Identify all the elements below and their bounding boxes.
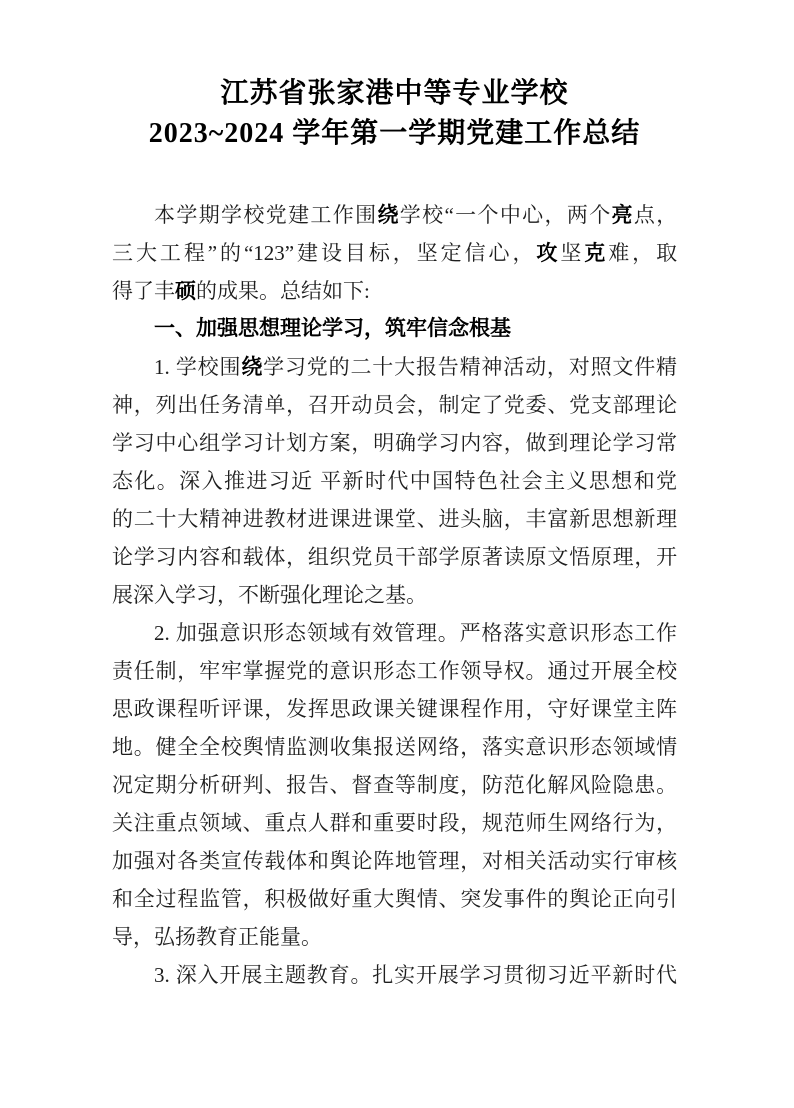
- text-line: 神，列出任务清单，召开动员会，制定了党委、党支部理论: [112, 386, 677, 424]
- text-line: 展深入学习，不断强化理论之基。: [112, 576, 677, 614]
- intro-paragraph: 本学期学校党建工作围绕学校“一个中心，两个亮点，三大工程”的“123”建设目标，…: [112, 196, 677, 310]
- text-line: 加强对各类宣传载体和舆论阵地管理，对相关活动实行审核: [112, 842, 677, 880]
- section-1-heading: 一、加强思想理论学习，筑牢信念根基: [112, 310, 677, 348]
- text-line: 的二十大精神进教材进课进课堂、进头脑，丰富新思想新理: [112, 500, 677, 538]
- document-page: 江苏省张家港中等专业学校 2023~2024 学年第一学期党建工作总结 本学期学…: [0, 0, 794, 1108]
- text-line: 关注重点领域、重点人群和重要时段，规范师生网络行为，: [112, 804, 677, 842]
- text-line: 论学习内容和载体，组织党员干部学原著读原文悟原理，开: [112, 538, 677, 576]
- hei-substituted-char: 硕: [175, 280, 196, 303]
- text-line: 本学期学校党建工作围绕学校“一个中心，两个亮点，: [112, 196, 677, 234]
- text-line: 1. 学校围绕学习党的二十大报告精神活动，对照文件精: [112, 348, 677, 386]
- document-body: 本学期学校党建工作围绕学校“一个中心，两个亮点，三大工程”的“123”建设目标，…: [112, 196, 677, 994]
- text-line: 2. 加强意识形态领域有效管理。严格落实意识形态工作: [112, 614, 677, 652]
- document-title: 江苏省张家港中等专业学校 2023~2024 学年第一学期党建工作总结: [112, 74, 677, 154]
- text-line: 和全过程监管，积极做好重大舆情、突发事件的舆论正向引: [112, 880, 677, 918]
- hei-substituted-char: 绕: [241, 356, 263, 379]
- hei-substituted-char: 亮: [612, 204, 634, 227]
- title-line-2: 2023~2024 学年第一学期党建工作总结: [112, 114, 677, 154]
- text-line: 态化。深入推进习近 平新时代中国特色社会主义思想和党: [112, 462, 677, 500]
- hei-substituted-char: 攻: [536, 242, 560, 265]
- text-line: 责任制，牢牢掌握党的意识形态工作领导权。通过开展全校: [112, 652, 677, 690]
- item-1-paragraph: 1. 学校围绕学习党的二十大报告精神活动，对照文件精神，列出任务清单，召开动员会…: [112, 348, 677, 614]
- text-line: 学习中心组学习计划方案，明确学习内容，做到理论学习常: [112, 424, 677, 462]
- item-3-paragraph: 3. 深入开展主题教育。扎实开展学习贯彻习近平新时代: [112, 956, 677, 994]
- text-line: 地。健全全校舆情监测收集报送网络，落实意识形态领域情: [112, 728, 677, 766]
- hei-substituted-char: 绕: [377, 204, 399, 227]
- text-line: 思政课程听评课，发挥思政课关键课程作用，守好课堂主阵: [112, 690, 677, 728]
- item-2-paragraph: 2. 加强意识形态领域有效管理。严格落实意识形态工作责任制，牢牢掌握党的意识形态…: [112, 614, 677, 956]
- text-line: 得了丰硕的成果。总结如下:: [112, 272, 677, 310]
- text-line: 3. 深入开展主题教育。扎实开展学习贯彻习近平新时代: [112, 956, 677, 994]
- text-line: 三大工程”的“123”建设目标，坚定信心，攻坚克难，取: [112, 234, 677, 272]
- text-line: 导，弘扬教育正能量。: [112, 918, 677, 956]
- title-line-1: 江苏省张家港中等专业学校: [112, 74, 677, 114]
- text-line: 况定期分析研判、报告、督查等制度，防范化解风险隐患。: [112, 766, 677, 804]
- text-line: 一、加强思想理论学习，筑牢信念根基: [112, 310, 677, 348]
- hei-substituted-char: 克: [584, 242, 608, 265]
